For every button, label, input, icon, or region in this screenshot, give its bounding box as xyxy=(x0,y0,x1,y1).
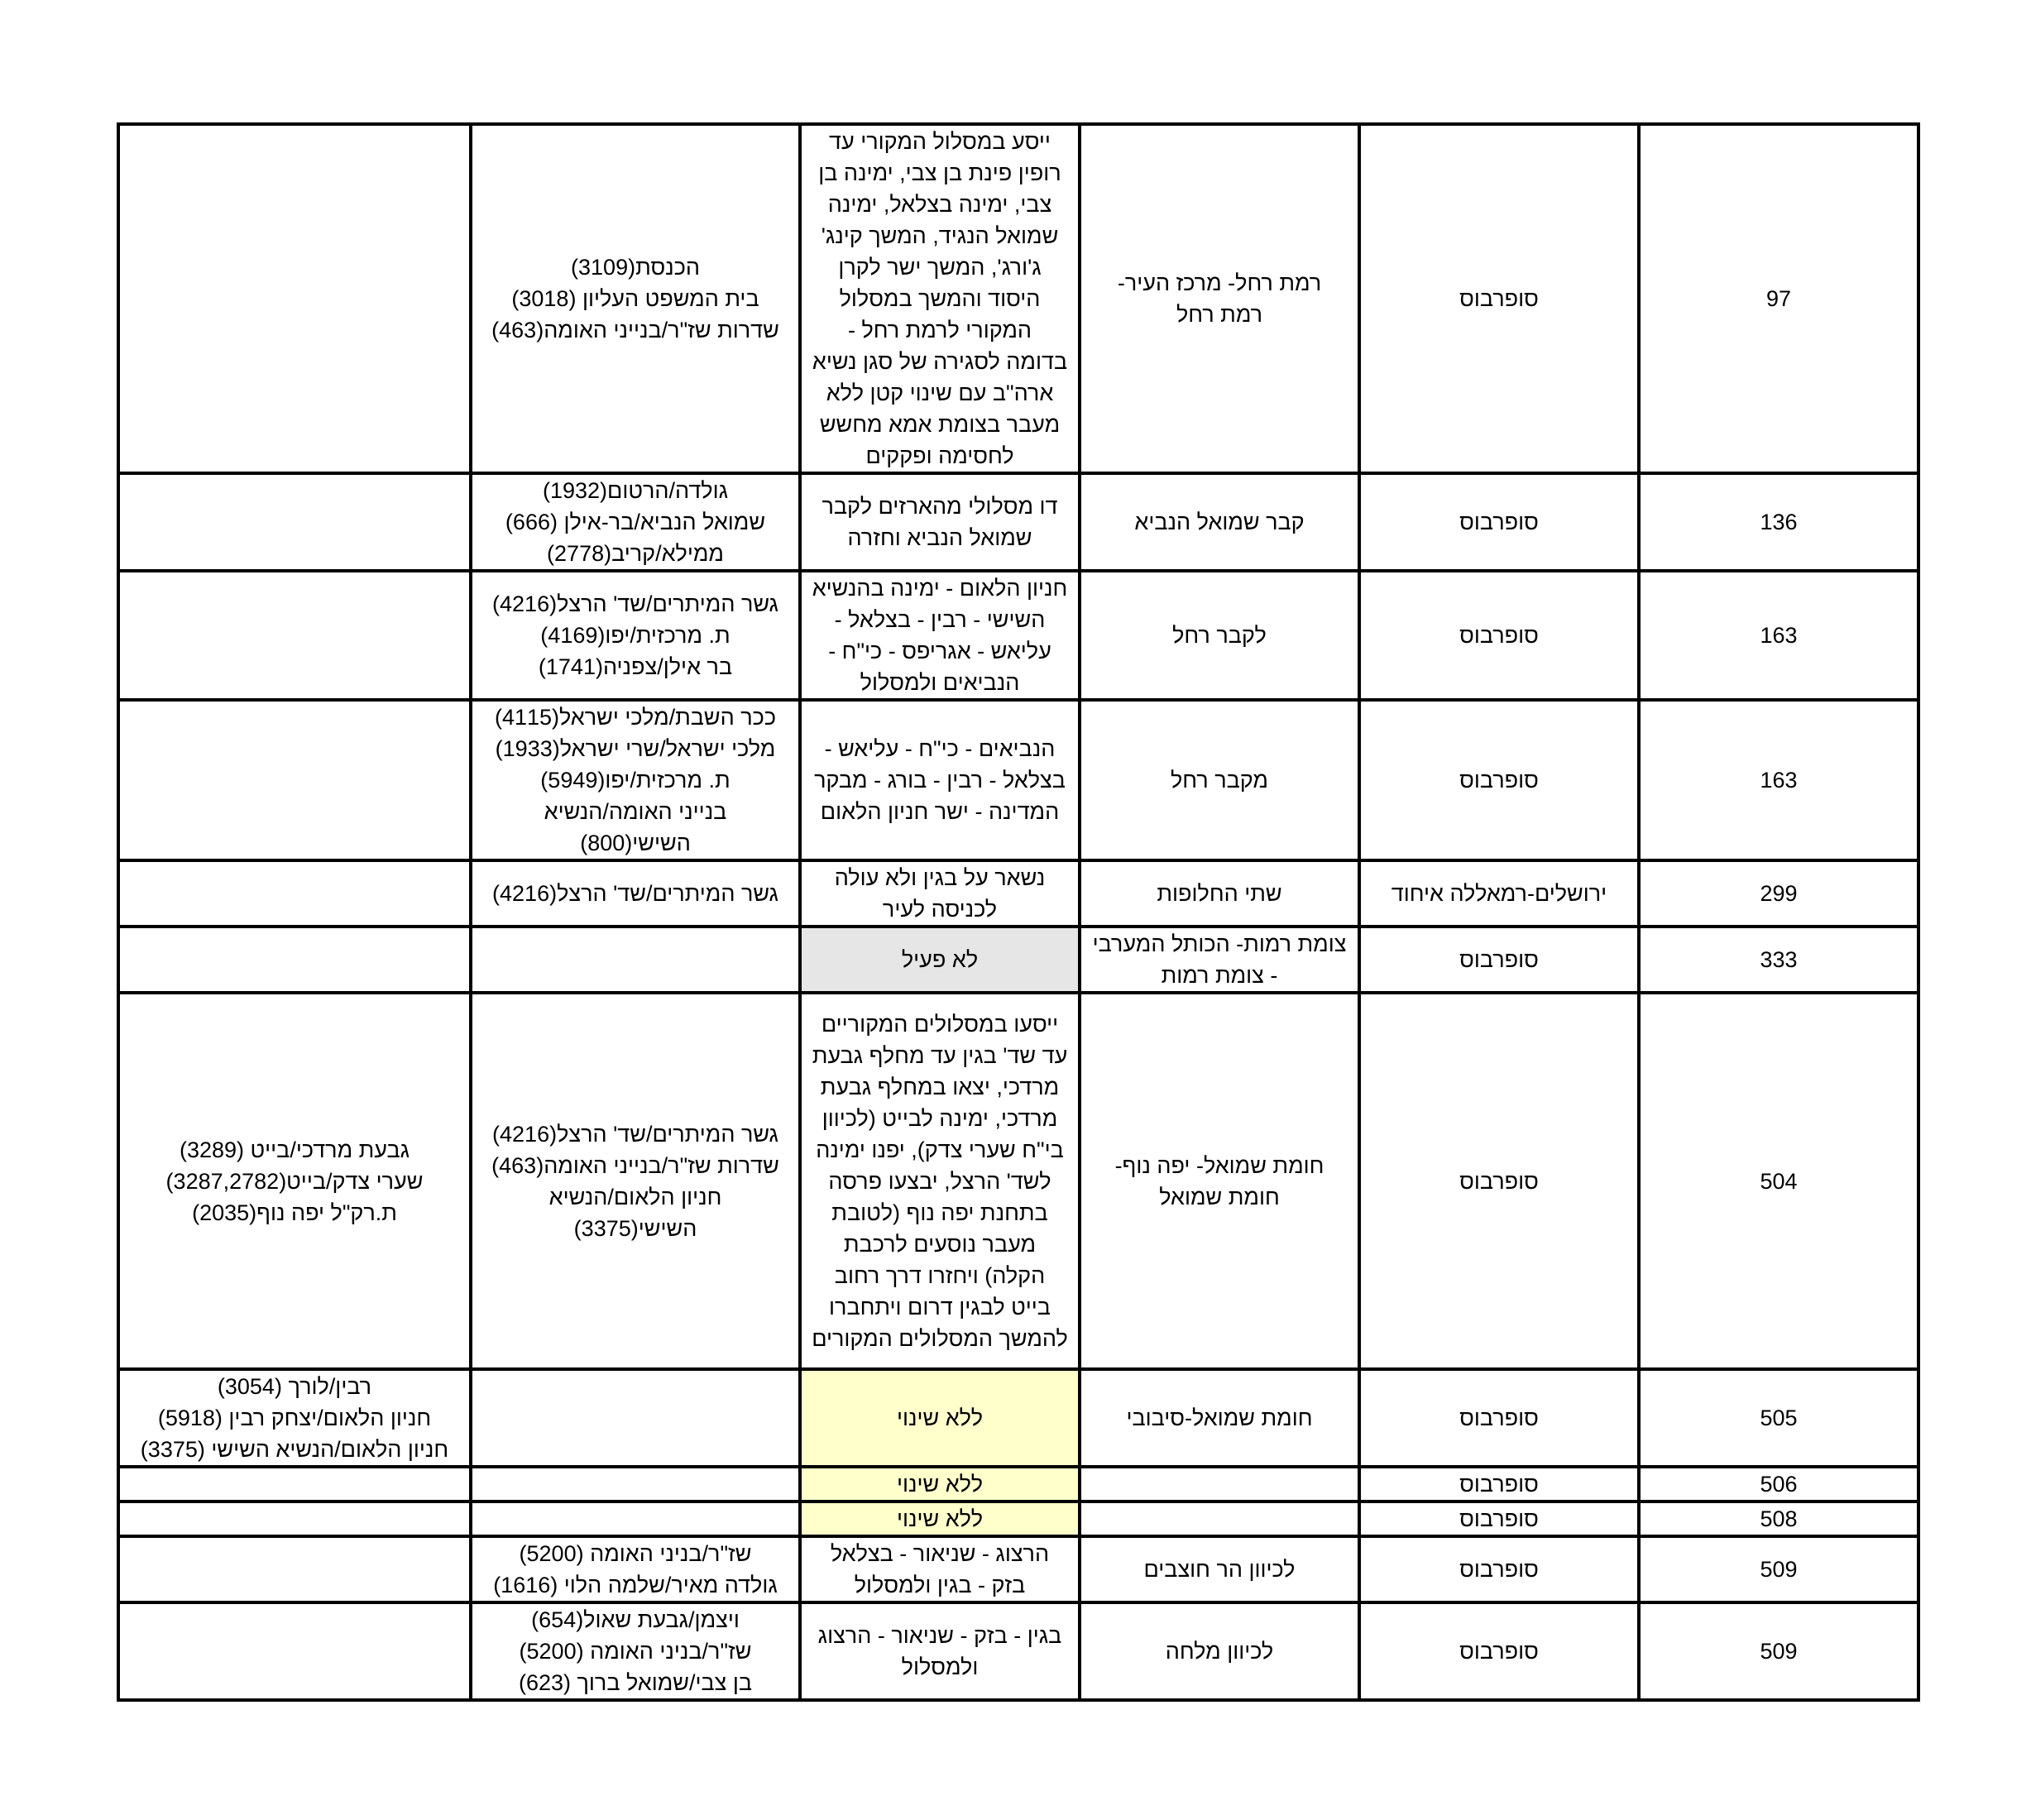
cancelled-stops-cell xyxy=(471,1369,800,1467)
table-row: 136סופרבוסקבר שמואל הנביאדו מסלולי מהארז… xyxy=(118,473,1918,571)
cancelled-stops-cell-line: השישי(3375) xyxy=(474,1213,797,1244)
cancelled-stops-cell xyxy=(471,1501,800,1536)
detour-route-cell-line: עליאש - אגריפס - כי"ח - xyxy=(803,635,1076,667)
destination-cell-line: רמת רחל- מרכז העיר- xyxy=(1083,267,1356,299)
detour-route-cell-line: הנביאים - כי"ח - עליאש - xyxy=(803,733,1076,764)
cancelled-stops-cell-line: ממילא/קריב(2778) xyxy=(474,538,797,569)
line-number-cell: 97 xyxy=(1639,124,1918,473)
destination-cell-line: לכיוון הר חוצבים xyxy=(1083,1554,1356,1585)
cancelled-stops-cell-line: שדרות שז"ר/בנייני האומה(463) xyxy=(474,1150,797,1181)
table-row: 508סופרבוסללא שינוי xyxy=(118,1501,1918,1536)
line-number-cell: 136 xyxy=(1639,473,1918,571)
detour-table-body: 97סופרבוסרמת רחל- מרכז העיר-רמת רחלייסע … xyxy=(118,124,1918,1700)
cancelled-stops-cell: גשר המיתרים/שד' הרצל(4216) xyxy=(471,860,800,927)
cancelled-stops-cell-line: גשר המיתרים/שד' הרצל(4216) xyxy=(474,588,797,620)
detour-route-cell-line: מעבר נוסעים לרכבת xyxy=(803,1228,1076,1260)
cancelled-stops-cell-line: שדרות שז"ר/בנייני האומה(463) xyxy=(474,314,797,346)
detour-route-cell-line: המקורי לרמת רחל - xyxy=(803,314,1076,346)
alternate-stops-cell-line: חניון הלאום/הנשיא השישי (3375) xyxy=(122,1434,467,1465)
alternate-stops-cell-line: ת.רק"ל יפה נוף(2035) xyxy=(122,1197,467,1228)
cancelled-stops-cell-line: ת. מרכזית/יפו(5949) xyxy=(474,764,797,796)
detour-table: 97סופרבוסרמת רחל- מרכז העיר-רמת רחלייסע … xyxy=(117,122,1920,1702)
table-row: 333סופרבוסצומת רמות- הכותל המערבי- צומת … xyxy=(118,927,1918,993)
destination-cell: חומת שמואל- יפה נוף-חומת שמואל xyxy=(1080,993,1359,1369)
operator-cell: סופרבוס xyxy=(1359,993,1639,1369)
line-number-cell: 163 xyxy=(1639,571,1918,700)
detour-route-cell-line: מעבר בצומת אמא מחשש xyxy=(803,409,1076,440)
line-number-cell: 299 xyxy=(1639,860,1918,927)
cancelled-stops-cell-line: מלכי ישראל/שרי ישראל(1933) xyxy=(474,733,797,764)
detour-route-cell-line: ייסע במסלול המקורי עד xyxy=(803,126,1076,157)
cancelled-stops-cell xyxy=(471,927,800,993)
cancelled-stops-cell-line: בית המשפט העליון (3018) xyxy=(474,283,797,314)
detour-route-cell: ייסעו במסלולים המקורייםעד שד' בגין עד מח… xyxy=(800,993,1080,1369)
cancelled-stops-cell-line: ככר השבת/מלכי ישראל(4115) xyxy=(474,702,797,733)
cancelled-stops-cell xyxy=(471,1467,800,1501)
detour-route-cell-line: לכניסה לעיר xyxy=(803,893,1076,925)
table-row: 163סופרבוסלקבר רחלחניון הלאום - ימינה בה… xyxy=(118,571,1918,700)
line-number-cell: 504 xyxy=(1639,993,1918,1369)
detour-route-cell-line: ללא שינוי xyxy=(803,1402,1076,1434)
alternate-stops-cell xyxy=(118,1536,471,1602)
detour-route-cell-line: להמשך המסלולים המקורים xyxy=(803,1323,1076,1354)
detour-route-cell: הנביאים - כי"ח - עליאש -בצלאל - רבין - ב… xyxy=(800,700,1080,860)
cancelled-stops-cell-line: גולדה/הרטום(1932) xyxy=(474,475,797,506)
alternate-stops-cell xyxy=(118,1467,471,1501)
destination-cell: לכיוון הר חוצבים xyxy=(1080,1536,1359,1602)
cancelled-stops-cell: ככר השבת/מלכי ישראל(4115)מלכי ישראל/שרי … xyxy=(471,700,800,860)
cancelled-stops-cell-line: גולדה מאיר/שלמה הלוי (1616) xyxy=(474,1569,797,1601)
detour-route-cell-line: בדומה לסגירה של סגן נשיא xyxy=(803,346,1076,377)
detour-route-cell-line: רופין פינת בן צבי, ימינה בן xyxy=(803,157,1076,189)
line-number-cell: 333 xyxy=(1639,927,1918,993)
destination-cell-line: חומת שמואל-סיבובי xyxy=(1083,1402,1356,1434)
cancelled-stops-cell-line: גשר המיתרים/שד' הרצל(4216) xyxy=(474,878,797,909)
alternate-stops-cell xyxy=(118,860,471,927)
cancelled-stops-cell-line: שז"ר/בניני האומה (5200) xyxy=(474,1636,797,1667)
destination-cell: לקבר רחל xyxy=(1080,571,1359,700)
detour-route-cell-line: שמואל הנביא וחזרה xyxy=(803,522,1076,553)
destination-cell: חומת שמואל-סיבובי xyxy=(1080,1369,1359,1467)
cancelled-stops-cell: גשר המיתרים/שד' הרצל(4216)ת. מרכזית/יפו(… xyxy=(471,571,800,700)
cancelled-stops-cell-line: ת. מרכזית/יפו(4169) xyxy=(474,620,797,651)
cancelled-stops-cell-line: שמואל הנביא/בר-אילן (666) xyxy=(474,506,797,538)
detour-route-cell: חניון הלאום - ימינה בהנשיאהשישי - רבין -… xyxy=(800,571,1080,700)
cancelled-stops-cell: שז"ר/בניני האומה (5200)גולדה מאיר/שלמה ה… xyxy=(471,1536,800,1602)
detour-route-cell-line: ולמסלול xyxy=(803,1651,1076,1683)
detour-route-cell-line: בצלאל - רבין - בורג - מבקר xyxy=(803,764,1076,796)
detour-route-cell-line: ארה"ב עם שינוי קטן ללא xyxy=(803,377,1076,409)
destination-cell-line: חומת שמואל xyxy=(1083,1181,1356,1213)
destination-cell-line: שתי החלופות xyxy=(1083,878,1356,909)
detour-route-cell-line: נשאר על בגין ולא עולה xyxy=(803,862,1076,893)
operator-cell: ירושלים-רמאללה איחוד xyxy=(1359,860,1639,927)
destination-cell: לכיוון מלחה xyxy=(1080,1602,1359,1700)
detour-route-cell: ללא שינוי xyxy=(800,1369,1080,1467)
alternate-stops-cell xyxy=(118,700,471,860)
cancelled-stops-cell-line: השישי(800) xyxy=(474,827,797,859)
detour-route-cell-line: ללא שינוי xyxy=(803,1468,1076,1500)
destination-cell-line: - צומת רמות xyxy=(1083,960,1356,991)
table-row: 506סופרבוסללא שינוי xyxy=(118,1467,1918,1501)
detour-route-cell-line: בתחנת יפה נוף (לטובת xyxy=(803,1197,1076,1228)
alternate-stops-cell xyxy=(118,124,471,473)
cancelled-stops-cell: ויצמן/גבעת שאול(654)שז"ר/בניני האומה (52… xyxy=(471,1602,800,1700)
detour-route-cell-line: לשד' הרצל, יבצעו פרסה xyxy=(803,1166,1076,1197)
destination-cell-line: חומת שמואל- יפה נוף- xyxy=(1083,1150,1356,1181)
destination-cell-line: קבר שמואל הנביא xyxy=(1083,506,1356,538)
detour-route-cell-line: בגין - בזק - שניאור - הרצוג xyxy=(803,1620,1076,1651)
operator-cell: סופרבוס xyxy=(1359,1467,1639,1501)
operator-cell: סופרבוס xyxy=(1359,700,1639,860)
detour-route-cell-line: דו מסלולי מהארזים לקבר xyxy=(803,491,1076,522)
detour-route-cell-line: צבי, ימינה בצלאל, ימינה xyxy=(803,189,1076,220)
detour-route-cell: ייסע במסלול המקורי עדרופין פינת בן צבי, … xyxy=(800,124,1080,473)
destination-cell xyxy=(1080,1501,1359,1536)
detour-table-sheet: 97סופרבוסרמת רחל- מרכז העיר-רמת רחלייסע … xyxy=(117,122,1920,1702)
detour-route-cell-line: ללא שינוי xyxy=(803,1503,1076,1535)
detour-route-cell-line: השישי - רבין - בצלאל - xyxy=(803,604,1076,635)
alternate-stops-cell xyxy=(118,1501,471,1536)
cancelled-stops-cell-line: ויצמן/גבעת שאול(654) xyxy=(474,1604,797,1636)
destination-cell: שתי החלופות xyxy=(1080,860,1359,927)
table-row: 299ירושלים-רמאללה איחודשתי החלופותנשאר ע… xyxy=(118,860,1918,927)
detour-route-cell-line: בייט לבגין דרום ויתחברו xyxy=(803,1291,1076,1323)
operator-cell: סופרבוס xyxy=(1359,124,1639,473)
destination-cell xyxy=(1080,1467,1359,1501)
cancelled-stops-cell-line: חניון הלאום/הנשיא xyxy=(474,1181,797,1213)
alternate-stops-cell-line: גבעת מרדכי/בייט (3289) xyxy=(122,1134,467,1166)
detour-route-cell-line: עד שד' בגין עד מחלף גבעת xyxy=(803,1040,1076,1071)
cancelled-stops-cell-line: בר אילן/צפניה(1741) xyxy=(474,651,797,682)
cancelled-stops-cell-line: בן צבי/שמואל ברוך (623) xyxy=(474,1667,797,1698)
destination-cell-line: רמת רחל xyxy=(1083,299,1356,330)
alternate-stops-cell: גבעת מרדכי/בייט (3289)שערי צדק/בייט(3287… xyxy=(118,993,471,1369)
cancelled-stops-cell: גולדה/הרטום(1932)שמואל הנביא/בר-אילן (66… xyxy=(471,473,800,571)
operator-cell: סופרבוס xyxy=(1359,571,1639,700)
table-row: 504סופרבוסחומת שמואל- יפה נוף-חומת שמואל… xyxy=(118,993,1918,1369)
cancelled-stops-cell-line: הכנסת(3109) xyxy=(474,251,797,283)
detour-route-cell-line: הנביאים ולמסלול xyxy=(803,667,1076,698)
cancelled-stops-cell: גשר המיתרים/שד' הרצל(4216)שדרות שז"ר/בני… xyxy=(471,993,800,1369)
detour-route-cell-line: ייסעו במסלולים המקוריים xyxy=(803,1008,1076,1040)
alternate-stops-cell-line: רבין/לורך (3054) xyxy=(122,1371,467,1402)
detour-route-cell-line: היסוד והמשך במסלול xyxy=(803,283,1076,314)
line-number-cell: 505 xyxy=(1639,1369,1918,1467)
detour-route-cell-line: חניון הלאום - ימינה בהנשיא xyxy=(803,572,1076,604)
alternate-stops-cell xyxy=(118,1602,471,1700)
detour-route-cell-line: בזק - בגין ולמסלול xyxy=(803,1569,1076,1601)
operator-cell: סופרבוס xyxy=(1359,1602,1639,1700)
destination-cell: מקבר רחל xyxy=(1080,700,1359,860)
detour-route-cell: ללא שינוי xyxy=(800,1501,1080,1536)
detour-route-cell: דו מסלולי מהארזים לקברשמואל הנביא וחזרה xyxy=(800,473,1080,571)
detour-route-cell: הרצוג - שניאור - בצלאלבזק - בגין ולמסלול xyxy=(800,1536,1080,1602)
detour-route-cell-line: לא פעיל xyxy=(803,944,1076,975)
alternate-stops-cell xyxy=(118,927,471,993)
detour-route-cell-line: לחסימה ופקקים xyxy=(803,440,1076,472)
alternate-stops-cell-line: שערי צדק/בייט(3287,2782) xyxy=(122,1166,467,1197)
detour-route-cell-line: המדינה - ישר חניון הלאום xyxy=(803,796,1076,827)
destination-cell-line: לכיוון מלחה xyxy=(1083,1636,1356,1667)
detour-route-cell-line: הקלה) ויחזרו דרך רחוב xyxy=(803,1260,1076,1291)
table-row: 97סופרבוסרמת רחל- מרכז העיר-רמת רחלייסע … xyxy=(118,124,1918,473)
detour-route-cell: ללא שינוי xyxy=(800,1467,1080,1501)
cancelled-stops-cell-line: שז"ר/בניני האומה (5200) xyxy=(474,1538,797,1569)
line-number-cell: 509 xyxy=(1639,1536,1918,1602)
alternate-stops-cell: רבין/לורך (3054)חניון הלאום/יצחק רבין (5… xyxy=(118,1369,471,1467)
destination-cell-line: לקבר רחל xyxy=(1083,620,1356,651)
destination-cell-line: צומת רמות- הכותל המערבי xyxy=(1083,928,1356,960)
destination-cell-line: מקבר רחל xyxy=(1083,764,1356,796)
operator-cell: סופרבוס xyxy=(1359,927,1639,993)
table-row: 509סופרבוסלכיוון הר חוצביםהרצוג - שניאור… xyxy=(118,1536,1918,1602)
destination-cell: רמת רחל- מרכז העיר-רמת רחל xyxy=(1080,124,1359,473)
detour-route-cell-line: הרצוג - שניאור - בצלאל xyxy=(803,1538,1076,1569)
table-row: 509סופרבוסלכיוון מלחהבגין - בזק - שניאור… xyxy=(118,1602,1918,1700)
destination-cell: קבר שמואל הנביא xyxy=(1080,473,1359,571)
detour-route-cell: בגין - בזק - שניאור - הרצוגולמסלול xyxy=(800,1602,1080,1700)
cancelled-stops-cell-line: בנייני האומה/הנשיא xyxy=(474,796,797,827)
detour-route-cell-line: בי"ח שערי צדק), יפנו ימינה xyxy=(803,1134,1076,1166)
alternate-stops-cell-line: חניון הלאום/יצחק רבין (5918) xyxy=(122,1402,467,1434)
detour-route-cell-line: שמואל הנגיד, המשך קינג' xyxy=(803,220,1076,251)
table-row: 163סופרבוסמקבר רחלהנביאים - כי"ח - עליאש… xyxy=(118,700,1918,860)
detour-route-cell: נשאר על בגין ולא עולהלכניסה לעיר xyxy=(800,860,1080,927)
cancelled-stops-cell: הכנסת(3109)בית המשפט העליון (3018)שדרות … xyxy=(471,124,800,473)
table-row: 505סופרבוסחומת שמואל-סיבוביללא שינוירבין… xyxy=(118,1369,1918,1467)
cancelled-stops-cell-line: גשר המיתרים/שד' הרצל(4216) xyxy=(474,1118,797,1150)
operator-cell: סופרבוס xyxy=(1359,1501,1639,1536)
line-number-cell: 509 xyxy=(1639,1602,1918,1700)
operator-cell: סופרבוס xyxy=(1359,473,1639,571)
detour-route-cell: לא פעיל xyxy=(800,927,1080,993)
line-number-cell: 508 xyxy=(1639,1501,1918,1536)
detour-route-cell-line: ג'ורג', המשך ישר לקרן xyxy=(803,251,1076,283)
destination-cell: צומת רמות- הכותל המערבי- צומת רמות xyxy=(1080,927,1359,993)
detour-route-cell-line: מרדכי, יצאו במחלף גבעת xyxy=(803,1071,1076,1103)
operator-cell: סופרבוס xyxy=(1359,1369,1639,1467)
operator-cell: סופרבוס xyxy=(1359,1536,1639,1602)
alternate-stops-cell xyxy=(118,473,471,571)
detour-route-cell-line: מרדכי, ימינה לבייט (לכיוון xyxy=(803,1103,1076,1134)
line-number-cell: 506 xyxy=(1639,1467,1918,1501)
line-number-cell: 163 xyxy=(1639,700,1918,860)
alternate-stops-cell xyxy=(118,571,471,700)
